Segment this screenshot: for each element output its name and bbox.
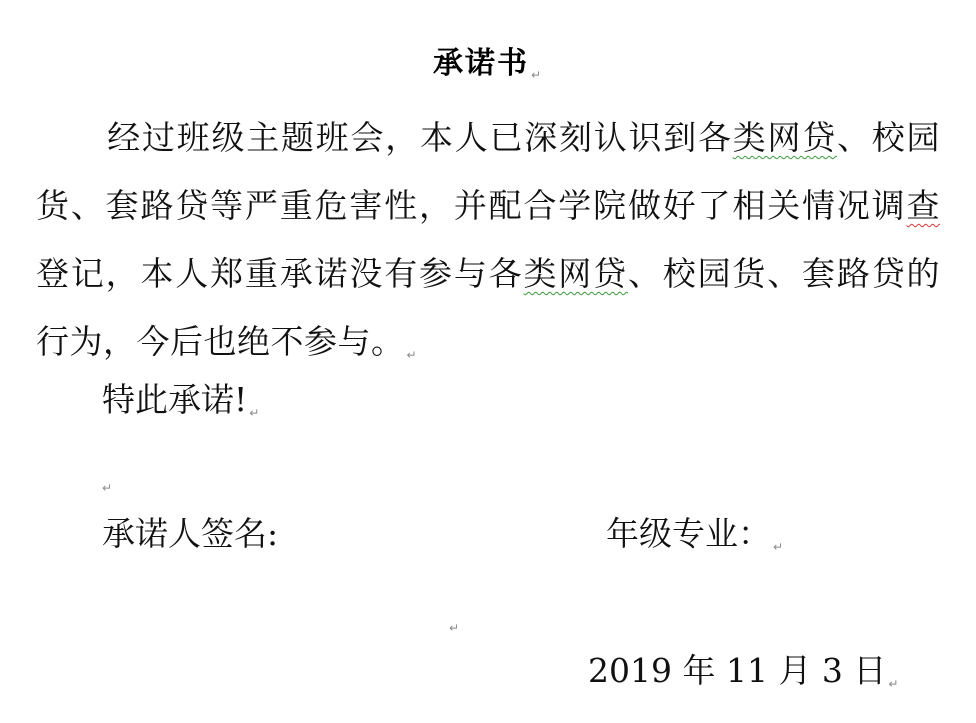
grade-major-label: 年级专业： (606, 514, 771, 553)
paragraph-mark-icon: ↵ (407, 348, 418, 362)
body-segment: 经过班级主题班会，本人已深刻认识到各 (106, 118, 733, 157)
date-line[interactable]: 2019 年 11 月 3 日↵ (588, 645, 898, 692)
empty-paragraph[interactable]: ↵ (100, 455, 112, 495)
title-text: 承诺书 (433, 46, 529, 81)
paragraph-mark-icon: ↵ (449, 621, 459, 635)
signature-label: 承诺人签名: (102, 514, 278, 553)
grade-major-field[interactable]: 年级专业：↵ (606, 508, 783, 555)
pledge-text: 特此承诺! (102, 380, 247, 419)
document-title: 承诺书↵ (0, 38, 976, 82)
paragraph-mark-icon: ↵ (102, 481, 112, 495)
spelling-flagged-text[interactable]: 查 (907, 186, 941, 225)
pledge-statement[interactable]: 特此承诺!↵ (102, 374, 259, 421)
paragraph-mark-icon: ↵ (773, 540, 783, 554)
document-page: 承诺书↵ 经过班级主题班会，本人已深刻认识到各类网贷、校园货、套路贷等严重危害性… (0, 0, 976, 723)
paragraph-mark-icon: ↵ (249, 406, 259, 420)
body-paragraph[interactable]: 经过班级主题班会，本人已深刻认识到各类网贷、校园货、套路贷等严重危害性，并配合学… (36, 104, 940, 389)
body-segment: 登记，本人郑重承诺没有参与各 (36, 254, 523, 293)
grammar-flagged-text[interactable]: 类网贷 (733, 118, 837, 157)
empty-paragraph[interactable]: ↵ (447, 595, 459, 635)
paragraph-mark-icon: ↵ (888, 677, 898, 691)
signature-field[interactable]: 承诺人签名: (102, 508, 278, 555)
paragraph-mark-icon: ↵ (531, 68, 543, 82)
grammar-flagged-text[interactable]: 类网贷 (523, 254, 627, 293)
date-text: 2019 年 11 月 3 日 (588, 651, 886, 690)
